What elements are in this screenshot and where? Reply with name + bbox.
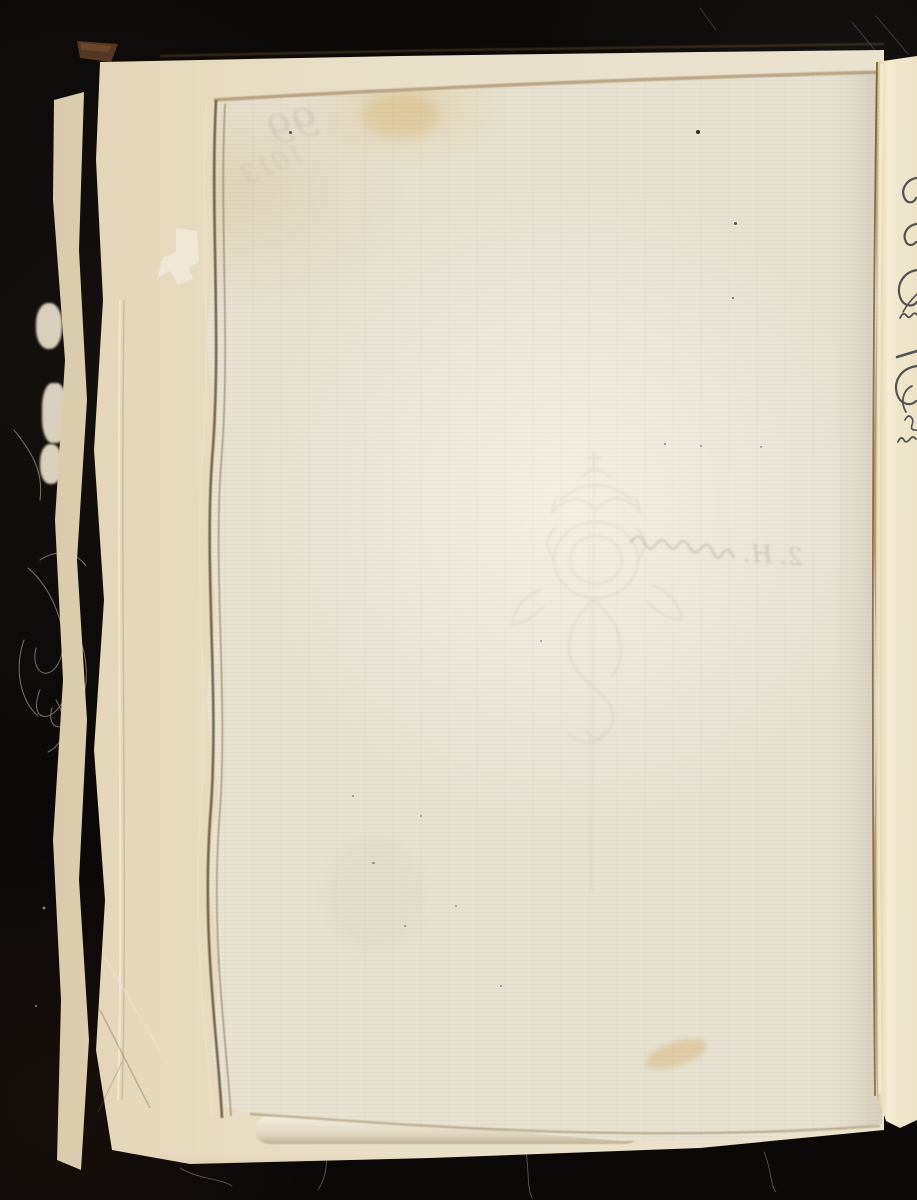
facing-page-details (0, 0, 917, 1200)
archival-book-scan: 99 1013 2. H. (0, 0, 917, 1200)
cursive-ink-strokes (896, 178, 917, 442)
